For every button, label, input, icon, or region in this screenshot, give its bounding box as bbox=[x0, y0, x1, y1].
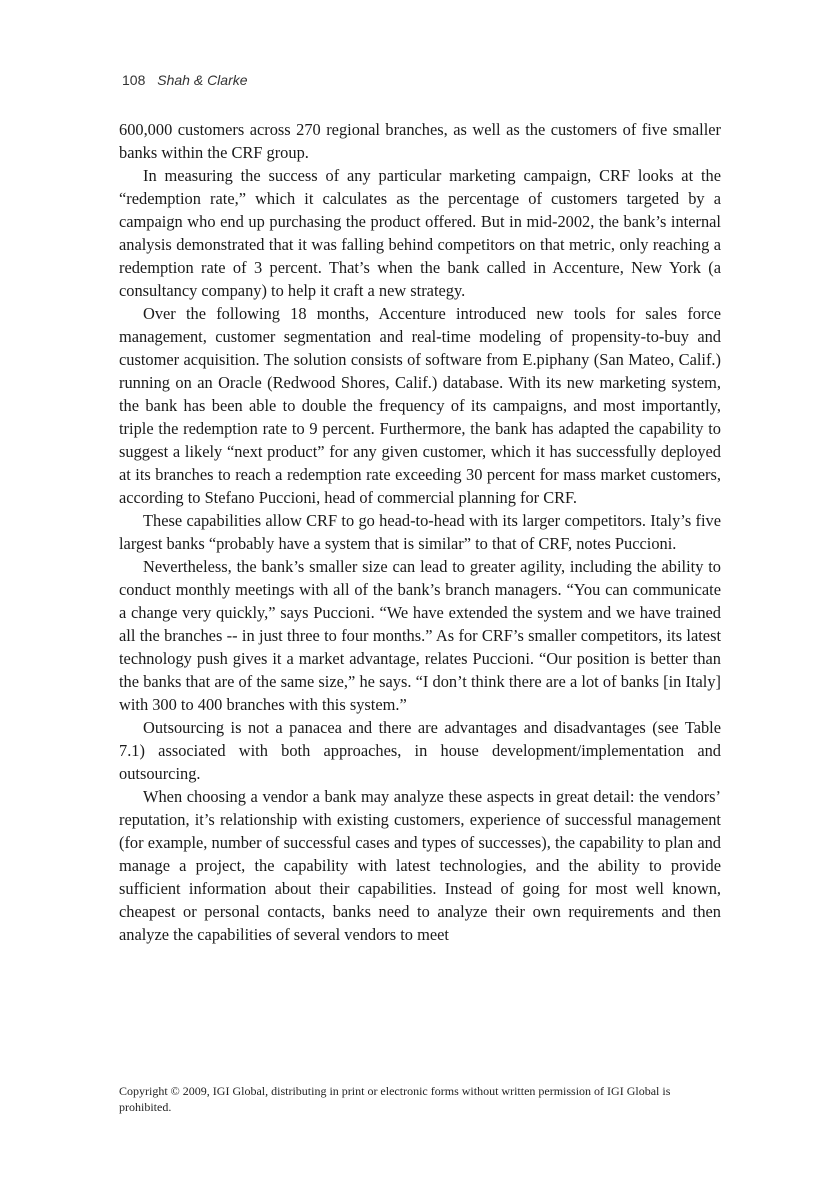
paragraph: These capabilities allow CRF to go head-… bbox=[119, 509, 721, 555]
paragraph: Nevertheless, the bank’s smaller size ca… bbox=[119, 555, 721, 716]
running-header: 108 Shah & Clarke bbox=[122, 72, 248, 88]
copyright-footer: Copyright © 2009, IGI Global, distributi… bbox=[119, 1083, 723, 1115]
paragraph: When choosing a vendor a bank may analyz… bbox=[119, 785, 721, 946]
paragraph: 600,000 customers across 270 regional br… bbox=[119, 118, 721, 164]
page-number: 108 bbox=[122, 72, 145, 88]
running-head-authors: Shah & Clarke bbox=[157, 72, 247, 88]
paragraph: Over the following 18 months, Accenture … bbox=[119, 302, 721, 509]
paragraph: In measuring the success of any particul… bbox=[119, 164, 721, 302]
body-text: 600,000 customers across 270 regional br… bbox=[119, 118, 721, 946]
paragraph: Outsourcing is not a panacea and there a… bbox=[119, 716, 721, 785]
